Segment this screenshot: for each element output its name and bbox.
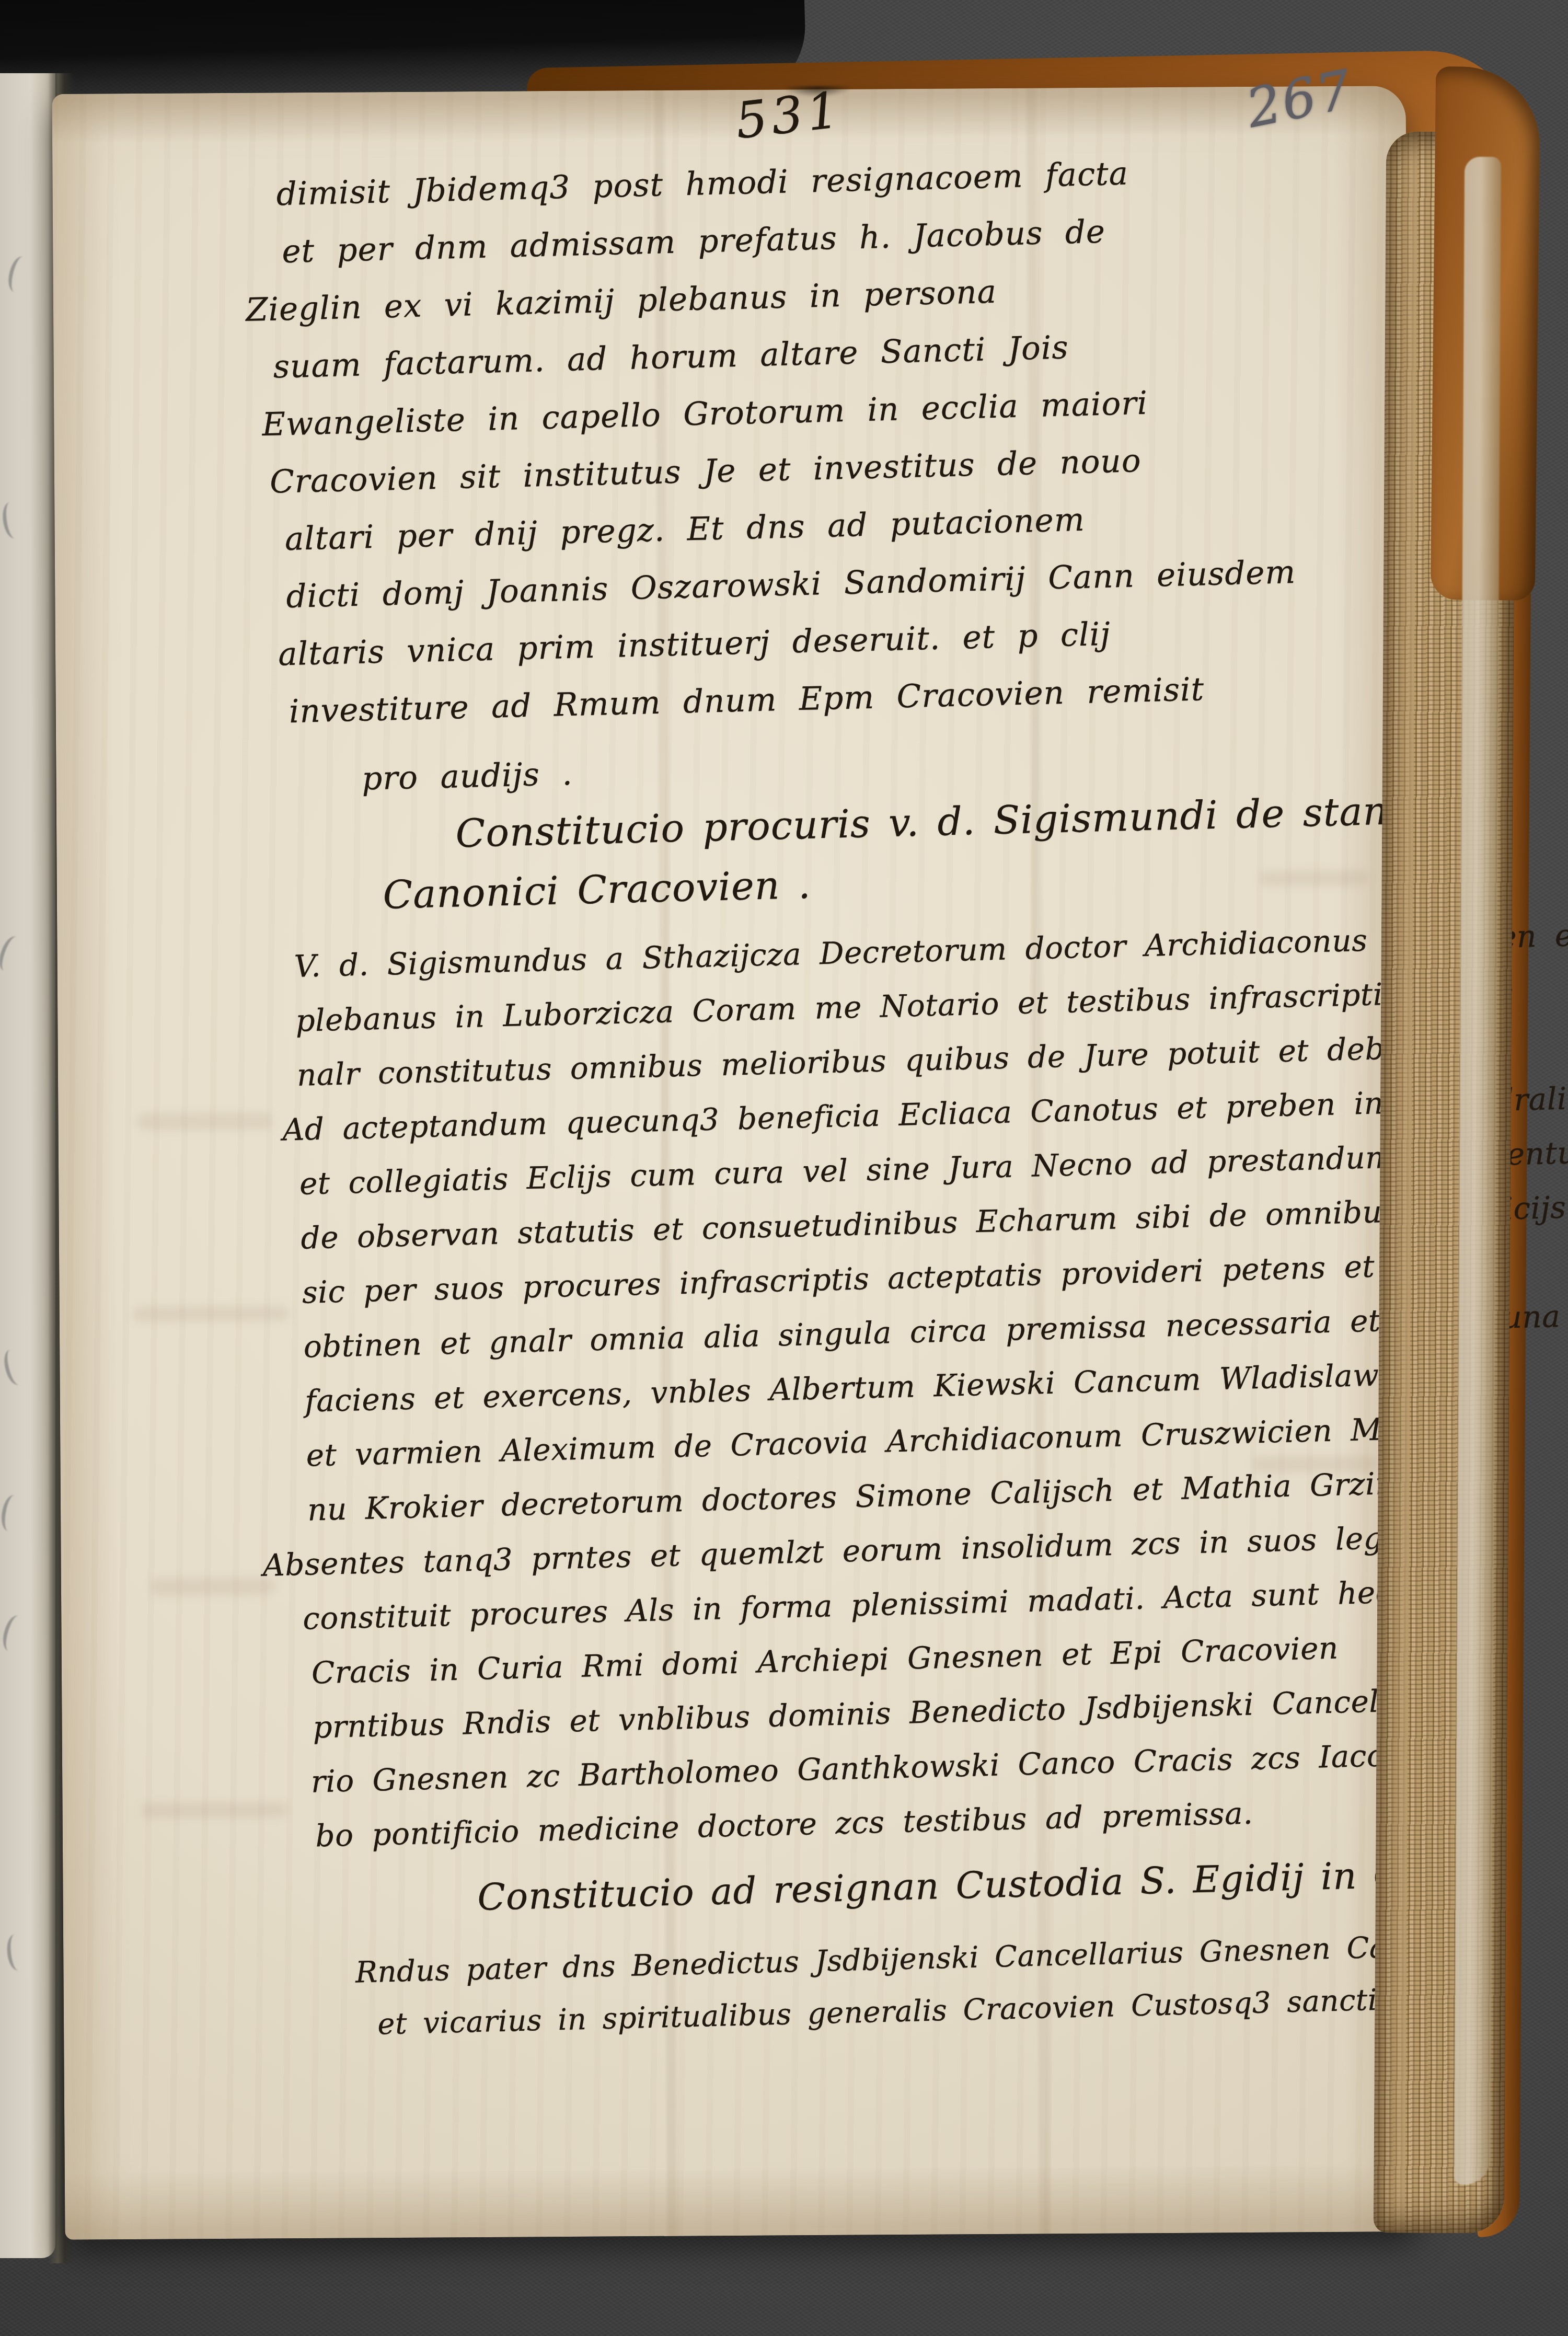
facing-page-sliver	[0, 73, 55, 2258]
entry-block-institution-record: dimisit Jbidemq3 post hmodi resignacoem …	[275, 141, 1301, 810]
ghost-ink-mark	[0, 1613, 28, 1653]
folio-number-ink: 531	[733, 81, 846, 150]
ghost-ink-mark	[5, 1933, 28, 1971]
entry-block-resignation-record: Rndus pater dns Benedictus Jsdbijenski C…	[355, 1919, 1482, 2052]
ghost-ink-mark	[1, 501, 25, 539]
ghost-ink-mark	[5, 255, 33, 295]
manuscript-page: 531 267 dimisit Jbidemq3 post hmodi resi…	[52, 86, 1419, 2240]
handwriting-layer: 531 267 dimisit Jbidemq3 post hmodi resi…	[49, 64, 1455, 2242]
folio-number-pencil: 267	[1241, 58, 1358, 140]
ghost-ink-mark	[0, 934, 26, 974]
ghost-ink-mark	[1, 1347, 29, 1387]
ghost-ink-mark	[0, 1493, 25, 1533]
heading-constitucio-ad-resignan: Constitucio ad resignan Custodia S. Egid…	[477, 1851, 1495, 1919]
